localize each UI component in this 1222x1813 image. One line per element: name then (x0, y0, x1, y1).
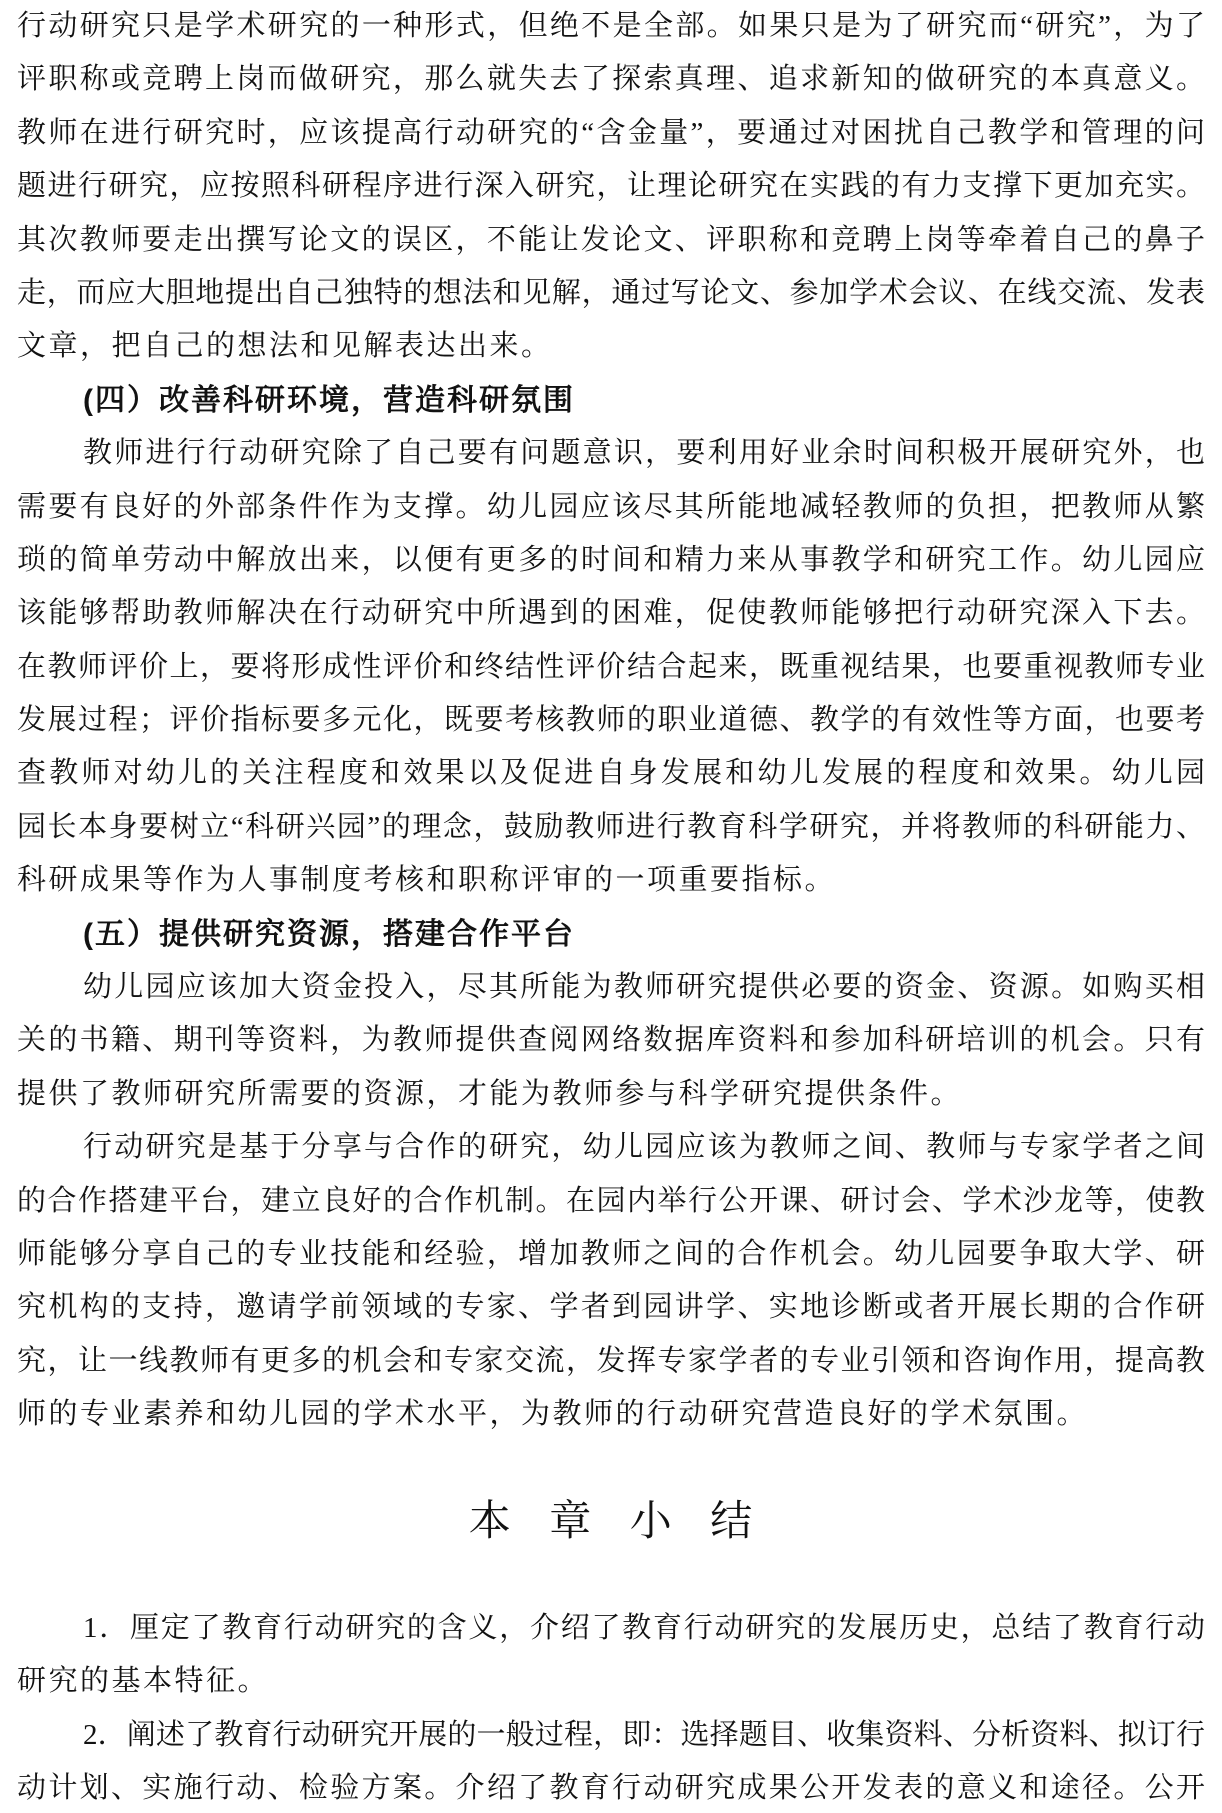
text-line: 研究的基本特征。 (17, 1655, 1205, 1708)
text-line: 行动研究只是学术研究的一种形式，但绝不是全部。如果只是为了研究而“研究”，为了 (17, 0, 1205, 53)
text-line: 幼儿园应该加大资金投入，尽其所能为教师研究提供必要的资金、资源。如购买相 (17, 961, 1205, 1014)
text-line: 动计划、实施行动、检验方案。介绍了教育行动研究成果公开发表的意义和途径。公开 (17, 1762, 1205, 1813)
text-line: 教师进行行动研究除了自己要有问题意识，要利用好业余时间积极开展研究外，也 (17, 427, 1205, 480)
text-line: 究，让一线教师有更多的机会和专家交流，发挥专家学者的专业引领和咨询作用，提高教 (17, 1335, 1205, 1388)
text-line: 2．阐述了教育行动研究开展的一般过程，即：选择题目、收集资料、分析资料、拟订行 (17, 1709, 1205, 1762)
text-line: 园长本身要树立“科研兴园”的理念，鼓励教师进行教育科学研究，并将教师的科研能力、 (17, 801, 1205, 854)
text-line: 查教师对幼儿的关注程度和效果以及促进自身发展和幼儿发展的程度和效果。幼儿园 (17, 747, 1205, 800)
section-heading-4: (四）改善科研环境，营造科研氛围 (17, 374, 1205, 427)
text-line: 教师在进行研究时，应该提高行动研究的“含金量”，要通过对困扰自己教学和管理的问 (17, 107, 1205, 160)
text-line: 师能够分享自己的专业技能和经验，增加教师之间的合作机会。幼儿园要争取大学、研 (17, 1228, 1205, 1281)
chapter-title: 本 章 小 结 (17, 1442, 1205, 1602)
text-line: 究机构的支持，邀请学前领域的专家、学者到园讲学、实地诊断或者开展长期的合作研 (17, 1281, 1205, 1334)
text-line: 其次教师要走出撰写论文的误区，不能让发论文、评职称和竞聘上岗等牵着自己的鼻子 (17, 214, 1205, 267)
text-line: 走，而应大胆地提出自己独特的想法和见解，通过写论文、参加学术会议、在线交流、发表 (17, 267, 1205, 320)
text-line: 行动研究是基于分享与合作的研究，幼儿园应该为教师之间、教师与专家学者之间 (17, 1121, 1205, 1174)
text-line: 评职称或竞聘上岗而做研究，那么就失去了探索真理、追求新知的做研究的本真意义。 (17, 53, 1205, 106)
text-line: 琐的简单劳动中解放出来，以便有更多的时间和精力来从事教学和研究工作。幼儿园应 (17, 534, 1205, 587)
text-line: 师的专业素养和幼儿园的学术水平，为教师的行动研究营造良好的学术氛围。 (17, 1388, 1205, 1441)
text-line: 在教师评价上，要将形成性评价和终结性评价结合起来，既重视结果，也要重视教师专业 (17, 641, 1205, 694)
text-line: 科研成果等作为人事制度考核和职称评审的一项重要指标。 (17, 854, 1205, 907)
text-line: 1．厘定了教育行动研究的含义，介绍了教育行动研究的发展历史，总结了教育行动 (17, 1602, 1205, 1655)
text-line: 文章，把自己的想法和见解表达出来。 (17, 320, 1205, 373)
text-line: 关的书籍、期刊等资料，为教师提供查阅网络数据库资料和参加科研培训的机会。只有 (17, 1014, 1205, 1067)
text-line: 需要有良好的外部条件作为支撑。幼儿园应该尽其所能地减轻教师的负担，把教师从繁 (17, 481, 1205, 534)
text-line: 该能够帮助教师解决在行动研究中所遇到的困难，促使教师能够把行动研究深入下去。 (17, 587, 1205, 640)
section-heading-5: (五）提供研究资源，搭建合作平台 (17, 908, 1205, 961)
text-column: 行动研究只是学术研究的一种形式，但绝不是全部。如果只是为了研究而“研究”，为了 … (17, 0, 1205, 1813)
text-line: 提供了教师研究所需要的资源，才能为教师参与科学研究提供条件。 (17, 1068, 1205, 1121)
text-line: 的合作搭建平台，建立良好的合作机制。在园内举行公开课、研讨会、学术沙龙等，使教 (17, 1175, 1205, 1228)
text-line: 发展过程；评价指标要多元化，既要考核教师的职业道德、教学的有效性等方面，也要考 (17, 694, 1205, 747)
text-line: 题进行研究，应按照科研程序进行深入研究，让理论研究在实践的有力支撑下更加充实。 (17, 160, 1205, 213)
document-page: 行动研究只是学术研究的一种形式，但绝不是全部。如果只是为了研究而“研究”，为了 … (0, 0, 1222, 1813)
